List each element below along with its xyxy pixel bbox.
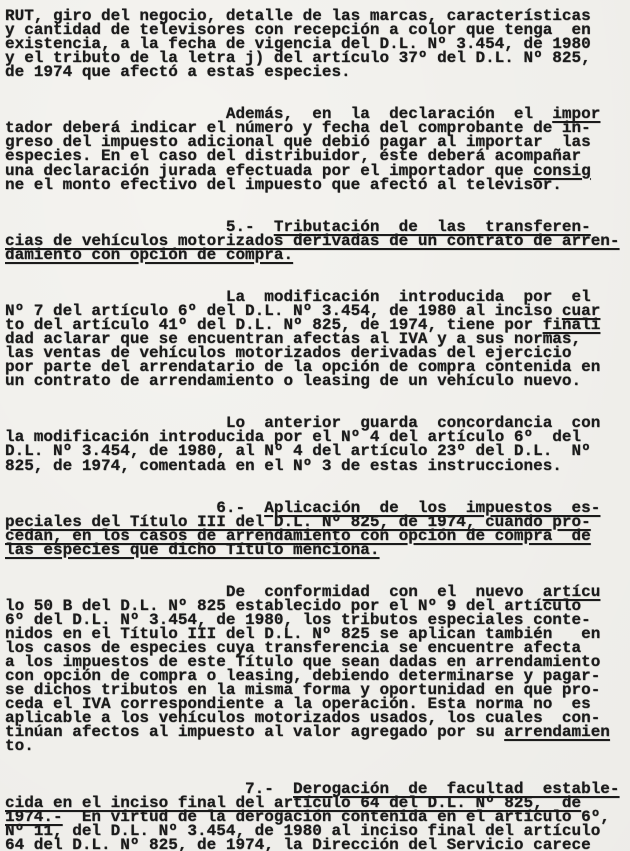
text-line: por parte del arrendatario de la opción … (5, 358, 630, 372)
text-line: un contrato de arrendamiento o leasing d… (5, 372, 630, 386)
text-line: Nº 7 del artículo 6º del D.L. Nº 3.454, … (5, 302, 630, 316)
text-line: to del artículo 41º del D.L. Nº 825, de … (5, 316, 630, 330)
text-segment: ne el monto efectivo del impuesto que af… (5, 176, 562, 194)
text-line (5, 485, 630, 499)
text-line (5, 91, 630, 105)
text-line: ne el monto efectivo del impuesto que af… (5, 176, 630, 190)
text-line (5, 274, 630, 288)
text-line: cedan, en los casos de arrendamiento con… (5, 527, 630, 541)
text-line: 64 del D.L. Nº 825, de 1974, la Direcció… (5, 836, 630, 850)
text-line: peciales del Título III del D.L. Nº 825,… (5, 513, 630, 527)
text-line: y el tributo de la letra j) del artículo… (5, 49, 630, 63)
text-line: De conformidad con el nuevo artícu (5, 583, 630, 597)
text-line: Nº 11, del D.L. Nº 3.454, de 1980 al inc… (5, 822, 630, 836)
text-line: La modificación introducida por el (5, 288, 630, 302)
text-line (5, 569, 630, 583)
text-line: aplicable a los vehículos motorizados us… (5, 709, 630, 723)
text-segment: 64 del D.L. Nº 825, de 1974, la Direcció… (5, 836, 591, 851)
text-line: los casos de especies cuya transferencia… (5, 639, 630, 653)
text-segment: to. (5, 737, 34, 755)
text-segment: damiento con opción de compra. (5, 246, 293, 264)
text-line: Lo anterior guarda concordancia con (5, 414, 630, 428)
text-line: las ventas de vehículos motorizados deri… (5, 344, 630, 358)
text-line: cias de vehículos motorizados derivadas … (5, 232, 630, 246)
document-text: RUT, giro del negocio, detalle de las ma… (5, 7, 630, 850)
text-line: 7.- Derogación de facultad estable- (5, 780, 630, 794)
text-line: se dichos tributos en la misma forma y o… (5, 681, 630, 695)
text-line: la modificación introducida por el Nº 4 … (5, 428, 630, 442)
text-segment: arrendamien (504, 723, 610, 741)
text-segment: tinúan afectos al impuesto al valor agre… (5, 723, 504, 741)
text-line: 6º del D.L. Nº 3.454, de 1980, los tribu… (5, 611, 630, 625)
text-line: nidos en el Título III del D.L. Nº 825 s… (5, 625, 630, 639)
text-line: lo 50 B del D.L. Nº 825 establecido por … (5, 597, 630, 611)
text-line: 5.- Tributación de las transferen- (5, 218, 630, 232)
text-segment: las especies que dicho Título menciona. (5, 541, 379, 559)
text-segment: 825, de 1974, comentada en el Nº 3 de es… (5, 457, 562, 475)
text-line: con opción de compra o leasing, debiendo… (5, 667, 630, 681)
text-segment: de 1974 que afectó a estas especies. (5, 63, 351, 81)
text-line: Además, en la declaración el impor (5, 105, 630, 119)
text-line: 1974.- En virtud de la derogación conten… (5, 808, 630, 822)
text-line (5, 204, 630, 218)
text-line: greso del impuesto adicional que debió p… (5, 133, 630, 147)
text-line: y cantidad de televisores con recepción … (5, 21, 630, 35)
text-line: 825, de 1974, comentada en el Nº 3 de es… (5, 457, 630, 471)
text-line: 6.- Aplicación de los impuestos es- (5, 499, 630, 513)
text-line (5, 400, 630, 414)
text-line: a los impuestos de este Título que sean … (5, 653, 630, 667)
text-line: RUT, giro del negocio, detalle de las ma… (5, 7, 630, 21)
text-line: tinúan afectos al impuesto al valor agre… (5, 723, 630, 737)
text-segment: un contrato de arrendamiento o leasing d… (5, 372, 581, 390)
text-line: tador deberá indicar el número y fecha d… (5, 119, 630, 133)
text-line: especies. En el caso del distribuidor, é… (5, 147, 630, 161)
text-line: cida en el inciso final del artículo 64 … (5, 794, 630, 808)
text-line: dad aclarar que se encuentran afectas al… (5, 330, 630, 344)
text-line: D.L. Nº 3.454, de 1980, al Nº 4 del artí… (5, 442, 630, 456)
text-line: ceda el IVA correspondiente a la operaci… (5, 695, 630, 709)
text-line (5, 766, 630, 780)
text-line (5, 751, 630, 765)
text-line: una declaración jurada efectuada por el … (5, 162, 630, 176)
text-line: existencia, a la fecha de vigencia del D… (5, 35, 630, 49)
scanned-document-page: RUT, giro del negocio, detalle de las ma… (0, 0, 630, 851)
